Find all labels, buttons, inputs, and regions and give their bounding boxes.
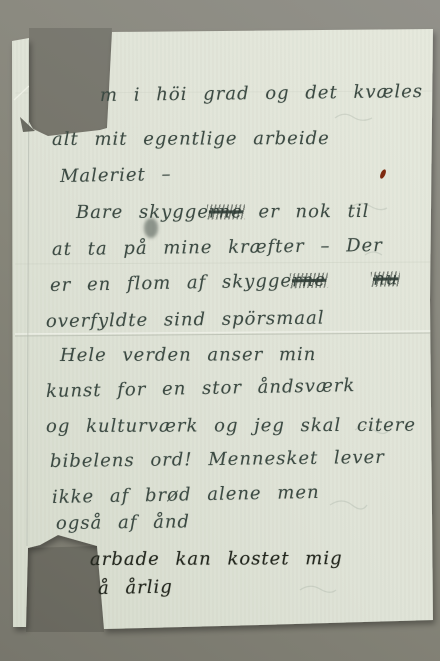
photo-backdrop: m i höi grad og det kvæles alt mit egent… <box>0 0 440 661</box>
letter-photo <box>0 0 440 661</box>
ink-smudge <box>144 218 158 238</box>
